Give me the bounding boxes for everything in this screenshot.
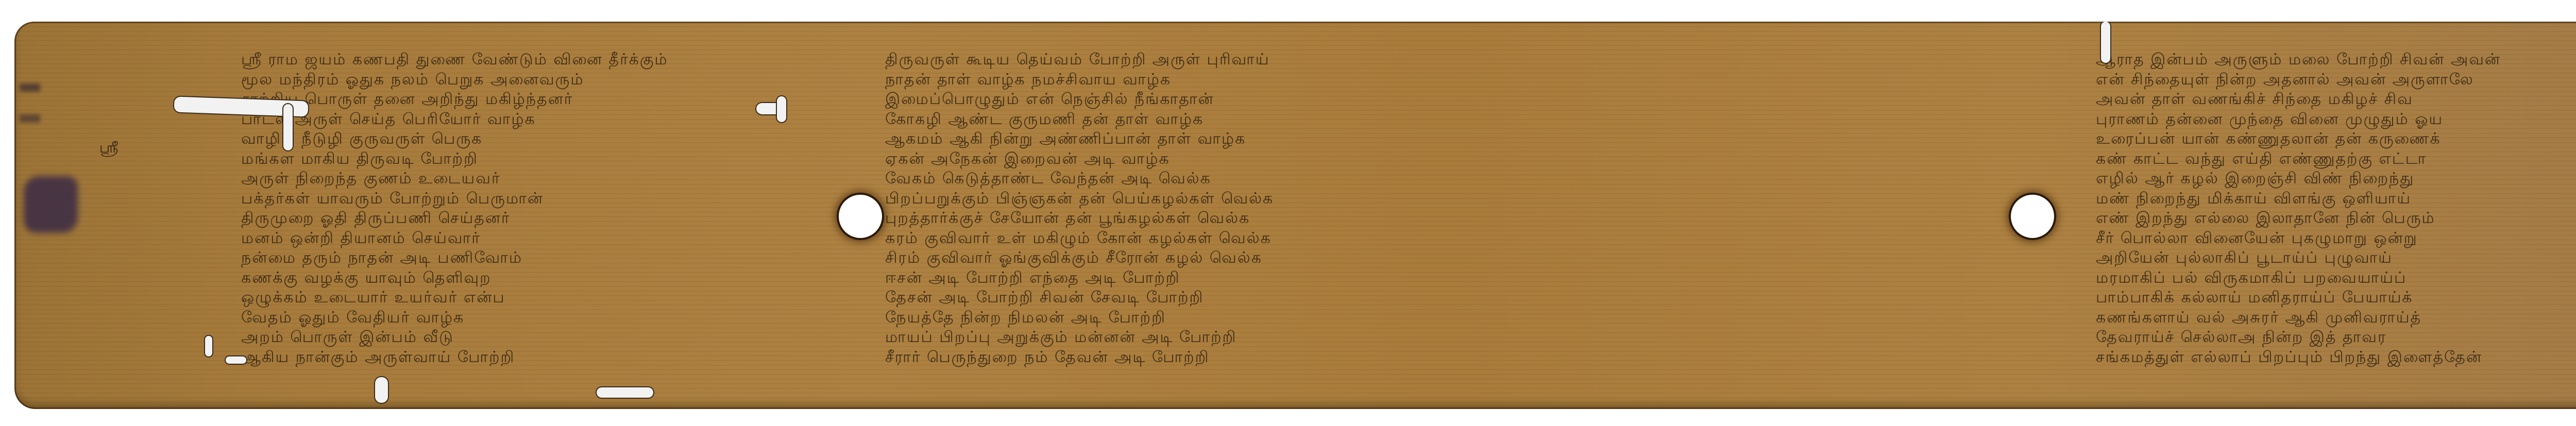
text-line: கணக்கு வழக்கு யாவும் தெளிவுற [241, 268, 823, 288]
text-line: கணங்களாய் வல் அசுரர் ஆகி முனிவராய்த் [2096, 308, 2576, 328]
text-line: ஈசன் அடி போற்றி எந்தை அடி போற்றி [885, 268, 2003, 288]
leaf-damage [777, 96, 786, 122]
binding-hole-left [839, 195, 882, 238]
text-line: மரமாகிப் பல் விருகமாகிப் பறவையாய்ப் [2096, 268, 2576, 288]
text-line: மூல மந்திரம் ஓதுக நலம் பெறுக அனைவரும் [241, 70, 823, 90]
text-line: ஏகன் அநேகன் இறைவன் அடி வாழ்க [885, 149, 2003, 169]
text-line: வேகம் கெடுத்தாண்ட வேந்தன் அடி வெல்க [885, 169, 2003, 189]
ink-mark [20, 83, 40, 92]
text-line: ஆகிய நான்கும் அருள்வாய் போற்றி [241, 348, 823, 368]
text-line: என் சிந்தையுள் நின்ற அதனால் அவன் அருளாலே [2096, 70, 2576, 90]
text-line: சங்கமத்துள் எல்லாப் பிறப்பும் பிறந்து இள… [2096, 348, 2576, 368]
text-line: பக்தர்கள் யாவரும் போற்றும் பெருமான் [241, 189, 823, 209]
text-line: பிறப்பறுக்கும் பிஞ்ஞகன் தன் பெய்கழல்கள் … [885, 189, 2003, 209]
text-line: சீரார் பெருந்துறை நம் தேவன் அடி போற்றி [885, 348, 2003, 368]
text-column-middle: திருவருள் கூடிய தெய்வம் போற்றி அருள் புர… [885, 50, 2003, 373]
ink-mark [20, 114, 40, 123]
leaf-damage [375, 377, 388, 403]
text-line: ஶ்ரீ ராம ஜயம் கணபதி துணை வேண்டும் வினை த… [241, 50, 823, 70]
text-line: புறத்தார்க்குச் சேயோன் தன் பூங்கழல்கள் வ… [885, 209, 2003, 229]
text-line: புராணம் தன்னை முந்தை வினை முழுதும் ஓய [2096, 110, 2576, 130]
text-column-right: ஆராத இன்பம் அருளும் மலை போற்றி சிவன் அவன… [2096, 50, 2576, 373]
leaf-damage [283, 104, 293, 150]
text-line: உரைப்பன் யான் கண்ணுதலான் தன் கருணைக் [2096, 129, 2576, 149]
leaf-damage [2101, 22, 2110, 63]
text-line: கண் காட்ட வந்து எய்தி எண்ணுதற்கு எட்டா [2096, 149, 2576, 169]
text-line: அறம் பொருள் இன்பம் வீடு [241, 328, 823, 348]
text-line: நாதன் தாள் வாழ்க நமச்சிவாய வாழ்க [885, 70, 2003, 90]
text-line: பாடல் அருள் செய்த பெரியோர் வாழ்க [241, 110, 823, 130]
text-line: பாம்பாகிக் கல்லாய் மனிதராய்ப் பேயாய்க் [2096, 288, 2576, 308]
text-line: மண் நிறைந்து மிக்காய் விளங்கு ஒளியாய் [2096, 189, 2576, 209]
text-line: தேசன் அடி போற்றி சிவன் சேவடி போற்றி [885, 288, 2003, 308]
text-line: மாயப் பிறப்பு அறுக்கும் மன்னன் அடி போற்ற… [885, 328, 2003, 348]
text-line: கோகழி ஆண்ட குருமணி தன் தாள் வாழ்க [885, 110, 2003, 130]
text-line: மனம் ஒன்றி தியானம் செய்வார் [241, 229, 823, 249]
text-line: அறியேன் புல்லாகிப் பூடாய்ப் புழுவாய் [2096, 248, 2576, 268]
text-line: எண் இறந்து எல்லை இலாதானே நின் பெரும் [2096, 209, 2576, 229]
text-line: ஆகமம் ஆகி நின்று அண்ணிப்பான் தாள் வாழ்க [885, 129, 2003, 149]
text-line: தேவராய்ச் செல்லாஅ நின்ற இத் தாவர [2096, 328, 2576, 348]
text-line: அருள் நிறைந்த குணம் உடையவர் [241, 169, 823, 189]
text-line: மங்கள மாகிய திருவடி போற்றி [241, 149, 823, 169]
text-line: சாற்றிய பொருள் தனை அறிந்து மகிழ்ந்தனர் [241, 90, 823, 110]
text-line: சிரம் குவிவார் ஓங்குவிக்கும் சீரோன் கழல்… [885, 248, 2003, 268]
text-line: திருமுறை ஓதி திருப்பணி செய்தனர் [241, 209, 823, 229]
text-line: இமைப்பொழுதும் என் நெஞ்சில் நீங்காதான் [885, 90, 2003, 110]
text-line: ஒழுக்கம் உடையார் உயர்வர் என்ப [241, 288, 823, 308]
palm-leaf: ஶ்ரீ ஶ்ரீ ராம ஜயம் கணபதி துணை வேண்டும் வ… [14, 22, 2576, 409]
binding-hole-right [2011, 195, 2054, 238]
text-line: எழில் ஆர் கழல் இறைஞ்சி விண் நிறைந்து [2096, 169, 2576, 189]
text-line: வேதம் ஓதும் வேதியர் வாழ்க [241, 308, 823, 328]
leaf-damage [205, 336, 212, 356]
text-line: அவன் தாள் வணங்கிச் சிந்தை மகிழச் சிவ [2096, 90, 2576, 110]
text-line: நன்மை தரும் நாதன் அடி பணிவோம் [241, 248, 823, 268]
text-line: சீர் பொல்லா வினையேன் புகழுமாறு ஒன்று [2096, 229, 2576, 249]
text-column-left: ஶ்ரீ ராம ஜயம் கணபதி துணை வேண்டும் வினை த… [241, 50, 823, 373]
leaf-damage [226, 356, 246, 364]
text-line: வாழிய நீடுழி குருவருள் பெருக [241, 129, 823, 149]
text-line: நேயத்தே நின்ற நிமலன் அடி போற்றி [885, 308, 2003, 328]
leaf-damage [597, 387, 653, 398]
text-line: கரம் குவிவார் உள் மகிழும் கோன் கழல்கள் வ… [885, 229, 2003, 249]
margin-note: ஶ்ரீ [99, 139, 118, 158]
ink-stain [24, 176, 78, 233]
text-line: ஆராத இன்பம் அருளும் மலை போற்றி சிவன் அவன… [2096, 50, 2576, 70]
text-line: திருவருள் கூடிய தெய்வம் போற்றி அருள் புர… [885, 50, 2003, 70]
